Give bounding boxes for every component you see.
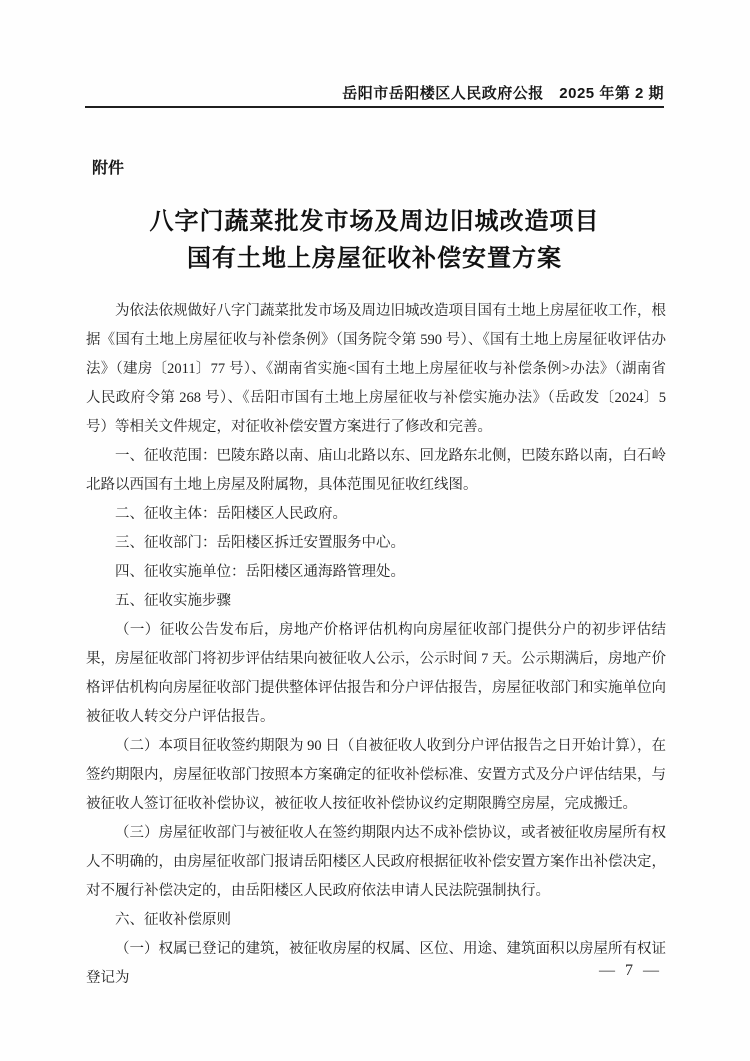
attachment-label: 附件 <box>92 155 124 178</box>
document-body: 为依法依规做好八字门蔬菜批发市场及周边旧城改造项目国有土地上房屋征收工作，根据《… <box>86 297 666 993</box>
step-2: （二）本项目征收签约期限为 90 日（自被征收人收到分户评估报告之日开始计算），… <box>86 732 666 819</box>
document-title-line2: 国有土地上房屋征收补偿安置方案 <box>85 241 664 278</box>
document-title: 八字门蔬菜批发市场及周边旧城改造项目 国有土地上房屋征收补偿安置方案 <box>85 204 664 278</box>
page-number: — 7 — <box>85 962 662 980</box>
step-3: （三）房屋征收部门与被征收人在签约期限内达不成补偿协议，或者被征收房屋所有权人不… <box>86 819 666 906</box>
item-scope: 一、征收范围：巴陵东路以南、庙山北路以东、回龙路东北侧，巴陵东路以南，白石岭北路… <box>86 442 666 500</box>
item-principles-heading: 六、征收补偿原则 <box>86 906 666 935</box>
header-divider <box>85 106 664 108</box>
item-department: 三、征收部门：岳阳楼区拆迁安置服务中心。 <box>86 529 666 558</box>
item-implement-unit: 四、征收实施单位：岳阳楼区通海路管理处。 <box>86 558 666 587</box>
gazette-page: 岳阳市岳阳楼区人民政府公报 2025 年第 2 期 附件 八字门蔬菜批发市场及周… <box>0 0 750 1061</box>
paragraph-intro: 为依法依规做好八字门蔬菜批发市场及周边旧城改造项目国有土地上房屋征收工作，根据《… <box>86 297 666 442</box>
gazette-header-text: 岳阳市岳阳楼区人民政府公报 2025 年第 2 期 <box>85 82 664 103</box>
document-title-line1: 八字门蔬菜批发市场及周边旧城改造项目 <box>85 204 664 241</box>
item-subject: 二、征收主体：岳阳楼区人民政府。 <box>86 500 666 529</box>
step-1: （一）征收公告发布后，房地产价格评估机构向房屋征收部门提供分户的初步评估结果，房… <box>86 616 666 732</box>
item-steps-heading: 五、征收实施步骤 <box>86 587 666 616</box>
